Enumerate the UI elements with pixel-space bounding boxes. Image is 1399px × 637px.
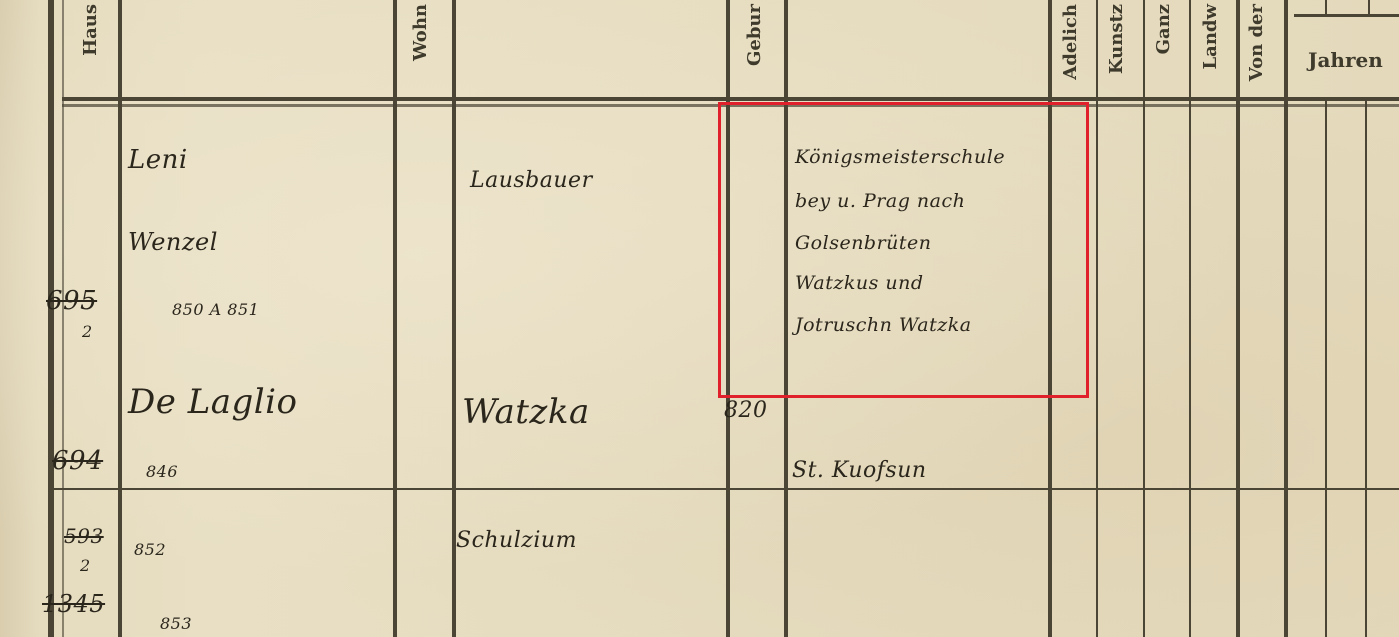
house-number-fraction: 2 (80, 556, 91, 575)
entry-name: Wenzel (128, 228, 218, 256)
ruling-line (1236, 0, 1240, 637)
column-header-kunstz: Kunstz (1108, 4, 1126, 74)
ruling-line (1284, 0, 1288, 637)
conscription-number: 846 (146, 462, 178, 481)
highlight-box (718, 102, 1089, 398)
column-header-ganz: Ganz (1155, 4, 1173, 54)
house-number: 695 (46, 286, 97, 316)
ruling-line (1365, 100, 1367, 637)
residence-entry: Schulzium (456, 528, 577, 553)
column-header-von-der: Von der (1248, 4, 1266, 81)
ruling-line (1325, 100, 1327, 637)
conscription-number: 853 (160, 614, 192, 633)
header-double-rule (62, 97, 1399, 101)
column-header-gebur: Gebur (746, 4, 764, 66)
entry-name: Leni (128, 145, 188, 175)
birth-year: 820 (724, 398, 768, 423)
remark-entry: St. Kuofsun (792, 458, 927, 483)
house-number: 1345 (42, 590, 105, 618)
house-number-fraction: 2 (82, 322, 93, 341)
row-divider (48, 488, 1399, 490)
ruling-line (1143, 0, 1145, 637)
ruling-line (118, 0, 122, 637)
column-header-haus: Haus (82, 4, 100, 56)
ruling-line (393, 0, 397, 637)
residence-entry: Lausbauer (470, 168, 593, 193)
residence-entry: Watzka (462, 392, 590, 432)
column-header-adelich: Adelich (1062, 4, 1080, 80)
ruling-line (1096, 0, 1098, 637)
column-header-wohn: Wohn (412, 4, 430, 61)
column-header-jahren: Jahren (1308, 48, 1383, 72)
conscription-number: 850 A 851 (172, 300, 259, 319)
entry-name: De Laglio (128, 382, 298, 422)
conscription-number: 852 (134, 540, 166, 559)
ruling-line (48, 0, 54, 637)
subheader-rule (1294, 14, 1399, 17)
column-header-landw: Landw (1202, 4, 1220, 70)
ruling-line (1189, 0, 1191, 637)
house-number: 694 (52, 446, 103, 476)
house-number: 593 (64, 524, 104, 548)
